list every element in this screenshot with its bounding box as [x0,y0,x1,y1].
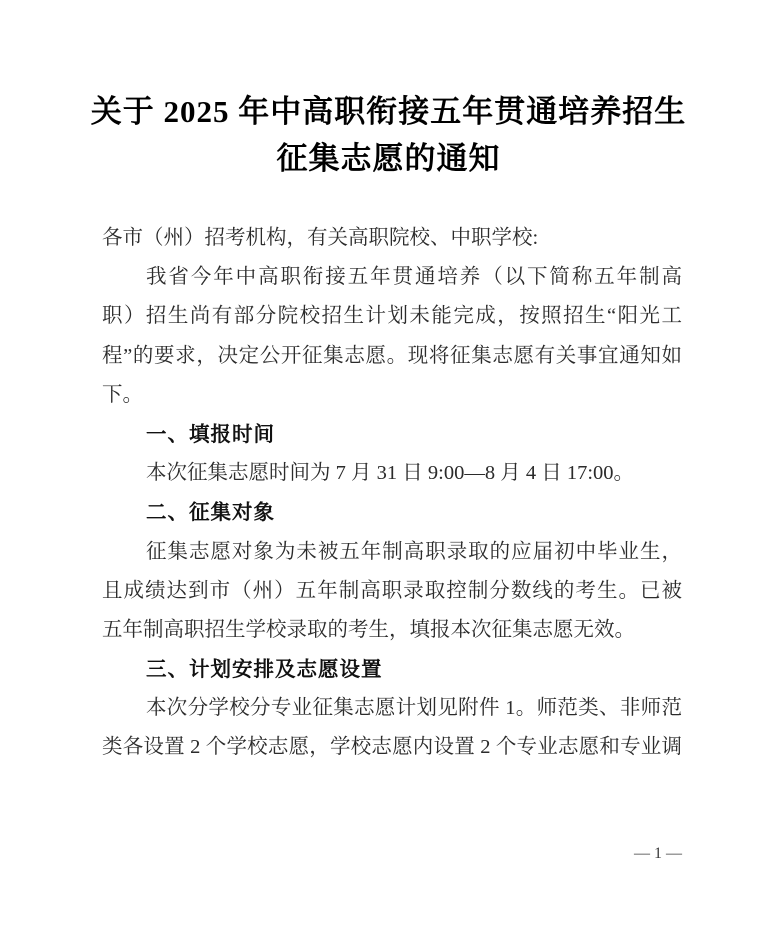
section-heading-3: 三、计划安排及志愿设置 [102,650,682,689]
body-line: 程”的要求，决定公开征集志愿。现将征集志愿有关事宜通知如 [102,337,682,376]
body-line: 征集志愿对象为未被五年制高职录取的应届初中毕业生， [102,533,682,572]
document-title-line-1: 关于 2025 年中高职衔接五年贯通培养招生 [70,88,707,135]
section-heading-2: 二、征集对象 [102,493,682,532]
body-line: 我省今年中高职衔接五年贯通培养（以下简称五年制高 [102,258,682,297]
body-line: 职）招生尚有部分院校招生计划未能完成，按照招生“阳光工 [102,297,682,336]
document-title-line-2: 征集志愿的通知 [70,135,707,182]
body-line: 且成绩达到市（州）五年制高职录取控制分数线的考生。已被 [102,572,682,611]
body-line: 类各设置 2 个学校志愿，学校志愿内设置 2 个专业志愿和专业调 [102,728,682,767]
salutation-line: 各市（州）招考机构，有关高职院校、中职学校: [102,219,682,258]
body-line: 五年制高职招生学校录取的考生，填报本次征集志愿无效。 [102,611,682,650]
section-heading-1: 一、填报时间 [102,415,682,454]
body-line: 本次分学校分专业征集志愿计划见附件 1。师范类、非师范 [102,689,682,728]
document-page: 关于 2025 年中高职衔接五年贯通培养招生 征集志愿的通知 各市（州）招考机构… [0,0,777,931]
body-line: 下。 [102,376,682,415]
document-title: 关于 2025 年中高职衔接五年贯通培养招生 征集志愿的通知 [70,88,707,182]
document-body: 各市（州）招考机构，有关高职院校、中职学校: 我省今年中高职衔接五年贯通培养（以… [102,219,682,768]
body-line: 本次征集志愿时间为 7 月 31 日 9:00—8 月 4 日 17:00。 [102,454,682,493]
page-number: — 1 — [634,843,682,865]
